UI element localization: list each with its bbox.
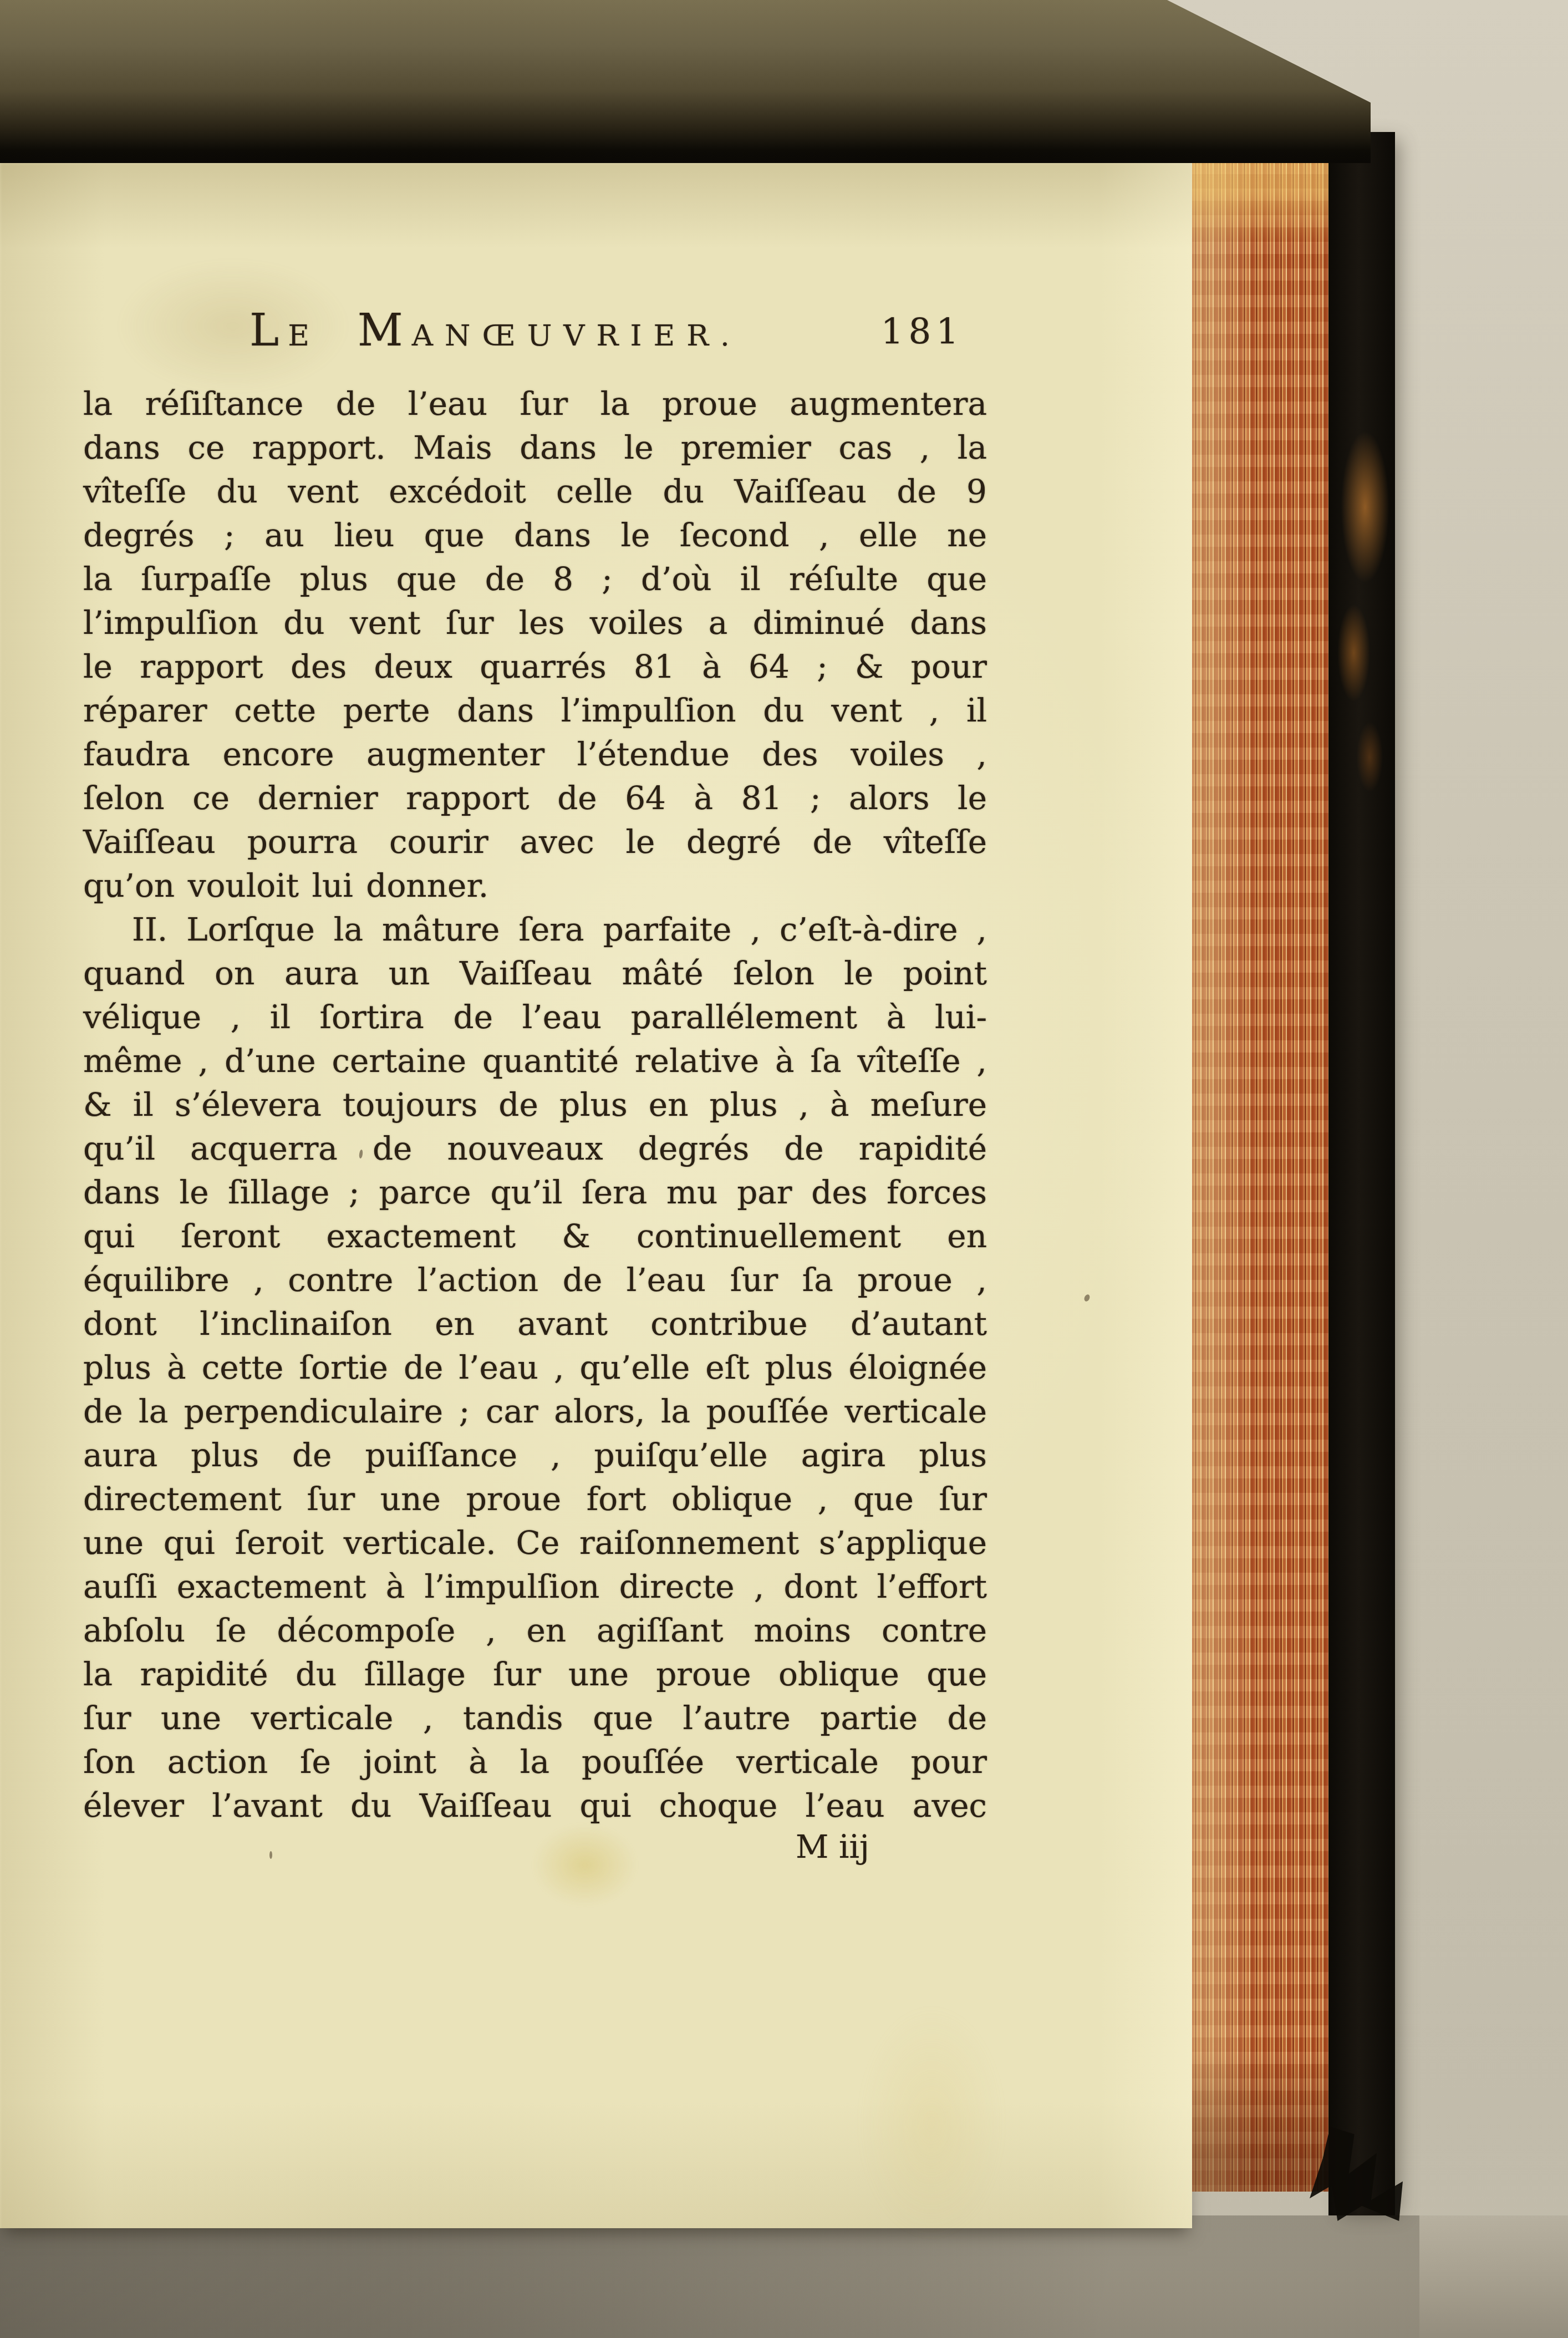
ink-speck xyxy=(1083,1294,1091,1303)
text-line: quand on aura un Vaiſſeau mâté ſelon le … xyxy=(83,952,987,995)
book-page: LeManœuvrier. 181 la réſiſtance de l’eau… xyxy=(0,160,1192,2228)
text-line: ſon action ſe joint à la pouſſée vertica… xyxy=(83,1740,987,1784)
text-line: Vaiſſeau pourra courir avec le degré de … xyxy=(83,820,987,864)
text-line: dont l’inclinaiſon en avant contribue d’… xyxy=(83,1302,987,1346)
text-line: la réſiſtance de l’eau ſur la proue augm… xyxy=(83,382,987,426)
text-line: équilibre , contre l’action de l’eau ſur… xyxy=(83,1258,987,1302)
text-line: faudra encore augmenter l’étendue des vo… xyxy=(83,733,987,776)
book-cover-edge xyxy=(1328,132,1395,2215)
body-text: la réſiſtance de l’eau ſur la proue augm… xyxy=(83,382,987,1828)
text-line: II. Lorſque la mâture ſera parfaite , c’… xyxy=(83,908,987,952)
text-line: vîteſſe du vent excédoit celle du Vaiſſe… xyxy=(83,470,987,514)
text-line: degrés ; au lieu que dans le ſecond , el… xyxy=(83,514,987,557)
text-line: de la perpendiculaire ; car alors, la po… xyxy=(83,1390,987,1434)
text-line: qu’on vouloit lui donner. xyxy=(83,864,987,908)
text-line: directement ſur une proue fort oblique ,… xyxy=(83,1477,987,1521)
text-line: qu’il acquerra de nouveaux degrés de rap… xyxy=(83,1127,987,1171)
text-line: la rapidité du ſillage ſur une proue obl… xyxy=(83,1653,987,1696)
signature-mark: M iij xyxy=(83,1828,987,1866)
book-top-cover-shadow xyxy=(0,0,1371,163)
text-line: ſelon ce dernier rapport de 64 à 81 ; al… xyxy=(83,776,987,820)
text-line: aura plus de puiſſance , puiſqu’elle agi… xyxy=(83,1434,987,1477)
text-line: abſolu ſe décompoſe , en agiſſant moins … xyxy=(83,1609,987,1653)
title-rest-le: e xyxy=(288,319,321,353)
text-line: élever l’avant du Vaiſſeau qui choque l’… xyxy=(83,1784,987,1828)
text-line: & il s’élevera toujours de plus en plus … xyxy=(83,1083,987,1127)
text-line: l’impulſion du vent ſur les voiles a dim… xyxy=(83,601,987,645)
page-number: 181 xyxy=(881,312,964,353)
text-line: auſſi exactement à l’impulſion directe ,… xyxy=(83,1565,987,1609)
book-fore-edge xyxy=(1192,162,1328,2192)
page-title: LeManœuvrier. xyxy=(250,305,741,368)
text-line: ſur une verticale , tandis que l’autre p… xyxy=(83,1696,987,1740)
book-scan-photo: LeManœuvrier. 181 la réſiſtance de l’eau… xyxy=(0,0,1568,2338)
title-initial-m: M xyxy=(358,304,412,356)
running-header: LeManœuvrier. 181 xyxy=(83,305,987,358)
text-line: une qui ſeroit verticale. Ce raiſonnemen… xyxy=(83,1521,987,1565)
text-line: dans le ſillage ; parce qu’il ſera mu pa… xyxy=(83,1171,987,1214)
text-line: vélique , il ſortira de l’eau parallélem… xyxy=(83,995,987,1039)
title-rest-manoeuvrier: anœuvrier. xyxy=(412,319,741,353)
text-line: le rapport des deux quarrés 81 à 64 ; & … xyxy=(83,645,987,689)
paper-stain xyxy=(859,2006,1004,2239)
text-line: la ſurpaſſe plus que de 8 ; d’où il réſu… xyxy=(83,557,987,601)
text-line: plus à cette ſortie de l’eau , qu’elle e… xyxy=(83,1346,987,1390)
text-line: même , d’une certaine quantité relative … xyxy=(83,1039,987,1083)
book-cast-shadow xyxy=(0,2215,1419,2338)
title-initial-l: L xyxy=(250,304,288,356)
text-line: dans ce rapport. Mais dans le premier ca… xyxy=(83,426,987,470)
text-line: qui ſeront exactement & continuellement … xyxy=(83,1214,987,1258)
text-line: réparer cette perte dans l’impulſion du … xyxy=(83,689,987,733)
